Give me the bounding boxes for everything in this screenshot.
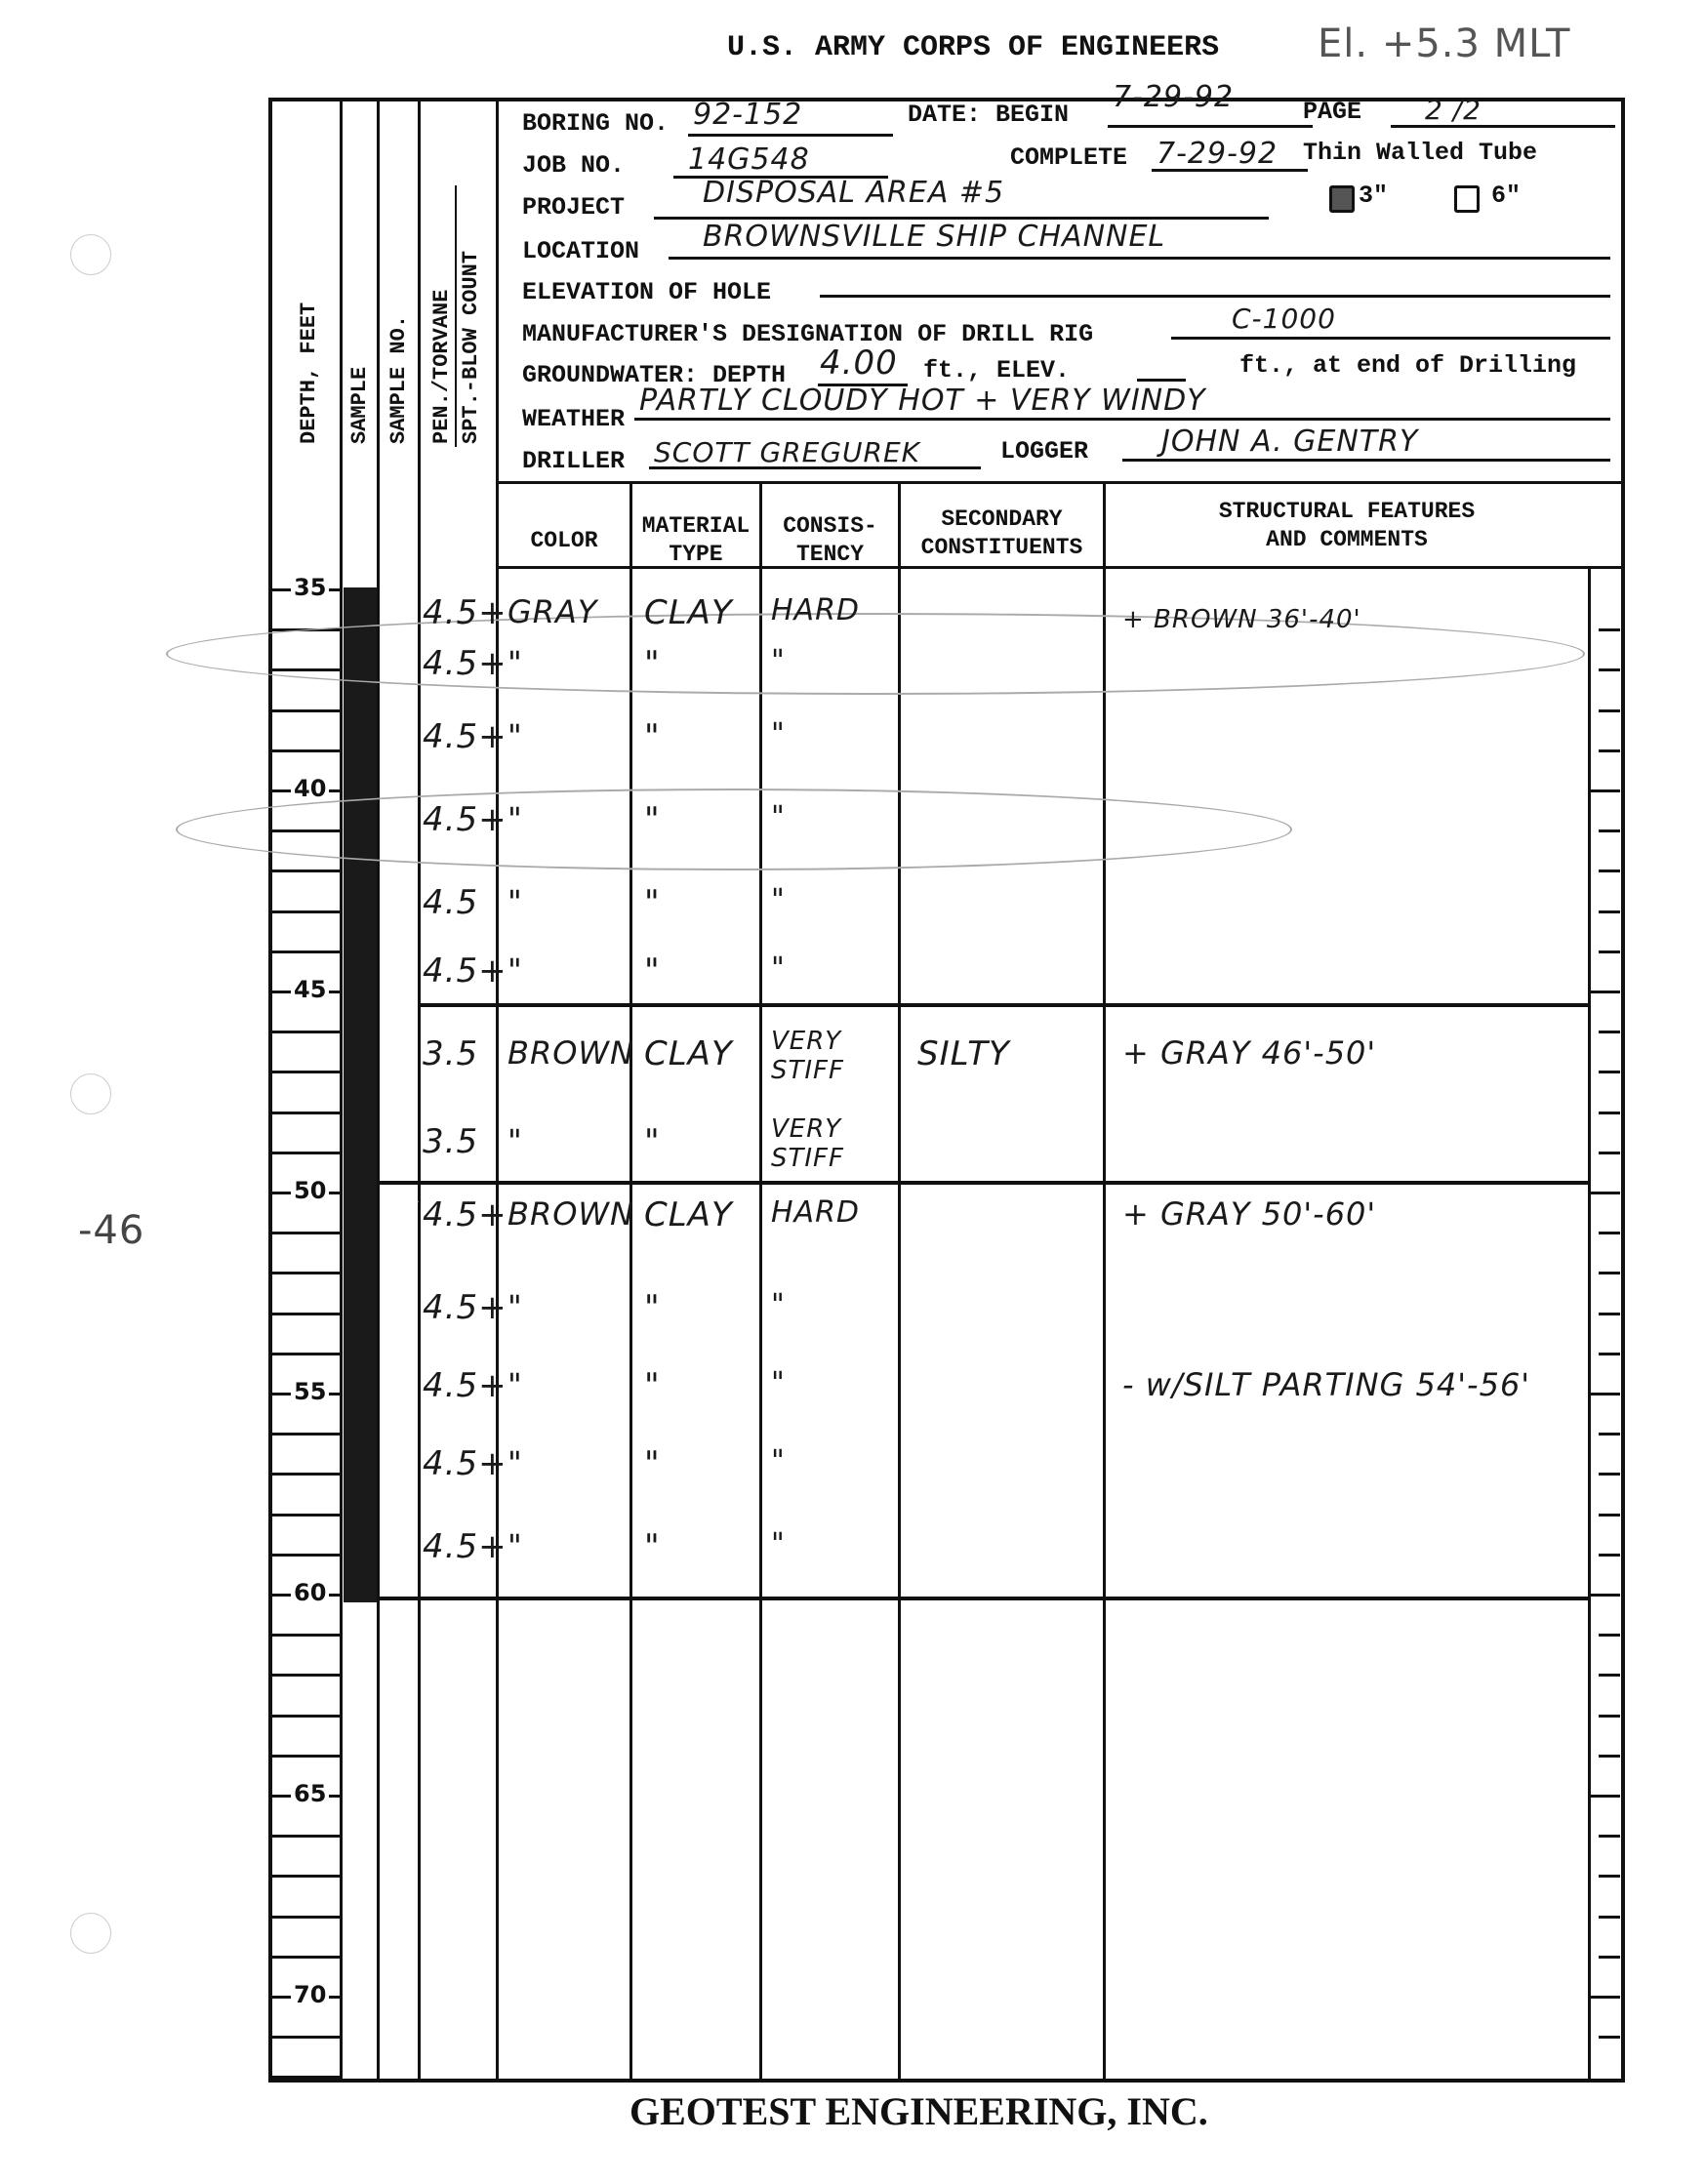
elevation-label: ELEVATION OF HOLE <box>522 278 771 306</box>
ruler-tick <box>1591 1795 1620 1798</box>
sample-no-cell: 27 <box>383 1195 420 1228</box>
pen-cell: 4.5+ <box>423 644 507 683</box>
material-cell: CLAY <box>644 1195 733 1234</box>
col-color-header: COLOR <box>499 527 629 555</box>
sample-no-cell: 24 <box>383 951 420 984</box>
consistency-cell: " <box>771 1527 786 1561</box>
ruler-tick <box>1599 1634 1620 1637</box>
ruler-tick <box>1599 1071 1620 1073</box>
pen-cell: 4.5+ <box>423 1288 507 1327</box>
ruler-tick <box>1599 1353 1620 1355</box>
footer-company: GEOTEST ENGINEERING, INC. <box>629 2088 1208 2134</box>
depth-tick <box>271 1353 340 1355</box>
ruler-tick <box>1599 1473 1620 1476</box>
layer-boundary <box>421 1003 1588 1007</box>
sample-no-cell: 22 <box>383 800 420 832</box>
driller-label: DRILLER <box>522 447 625 475</box>
ruler-tick <box>1599 709 1620 712</box>
sample-bar <box>344 587 377 1602</box>
material-cell: " <box>644 1444 661 1483</box>
depth-tick <box>271 1433 340 1436</box>
depth-tick <box>271 749 340 752</box>
sample-no-cell: 21 <box>383 717 420 749</box>
complete-label: COMPLETE <box>1010 143 1127 172</box>
ruler-tick <box>1599 628 1620 631</box>
depth-label: 40 <box>291 775 329 802</box>
depth-tick <box>271 910 340 913</box>
material-cell: " <box>644 800 661 839</box>
consistency-cell: " <box>771 717 786 751</box>
sample-no-cell: 19 <box>383 593 420 626</box>
logger-field[interactable]: JOHN A. GENTRY <box>1161 425 1418 459</box>
depth-label: 65 <box>291 1780 329 1807</box>
col-secondary-header-2: CONSTITUENTS <box>901 534 1103 562</box>
material-cell: CLAY <box>644 593 733 632</box>
depth-tick <box>271 709 340 712</box>
ruler-tick <box>1599 950 1620 953</box>
ruler-tick <box>1599 1835 1620 1838</box>
driller-field[interactable]: SCOTT GREGUREK <box>654 436 920 468</box>
depth-tick <box>271 950 340 953</box>
color-cell: " <box>507 1444 523 1481</box>
drill-rig-field[interactable]: C-1000 <box>1232 303 1336 335</box>
ruler-tick <box>1599 1715 1620 1718</box>
color-cell: " <box>507 1527 523 1564</box>
elevation-note: El. +5.3 MLT <box>1318 21 1570 66</box>
depth-tick <box>271 1031 340 1033</box>
page-field[interactable]: 2 /2 <box>1425 94 1482 126</box>
col-structural-header-2: AND COMMENTS <box>1106 526 1588 554</box>
material-cell: " <box>644 883 661 922</box>
tube-6in-label: 6" <box>1491 182 1521 210</box>
col-sample-label: SAMPLE <box>347 367 372 444</box>
punch-hole <box>70 1073 111 1114</box>
weather-label: WEATHER <box>522 405 625 433</box>
consistency-cell: " <box>771 883 786 917</box>
depth-tick <box>271 1835 340 1838</box>
consistency-cell: HARD <box>771 1195 860 1230</box>
material-cell: CLAY <box>644 1034 733 1073</box>
material-cell: " <box>644 951 661 991</box>
depth-tick <box>271 1232 340 1234</box>
pen-cell: 4.5 <box>423 883 478 922</box>
ruler-tick <box>1591 1996 1620 1999</box>
sample-no-cell: 29 <box>383 1366 420 1398</box>
ruler-tick <box>1599 1554 1620 1557</box>
job-no-label: JOB NO. <box>522 151 625 180</box>
sample-no-cell: 23 <box>383 883 420 915</box>
pen-cell: 4.5+ <box>423 1366 507 1405</box>
color-cell: " <box>507 1366 523 1403</box>
pen-cell: 4.5+ <box>423 1527 507 1566</box>
boring-no-field[interactable]: 92-152 <box>693 98 802 132</box>
depth-tick <box>271 1956 340 1959</box>
tube-3in-checkbox[interactable] <box>1329 185 1355 213</box>
ruler-tick <box>1599 1272 1620 1274</box>
ruler-tick <box>1599 1313 1620 1315</box>
consistency-cell: " <box>771 1288 786 1322</box>
ruler-tick <box>1591 789 1620 792</box>
pen-cell: 4.5+ <box>423 800 507 839</box>
material-cell: " <box>644 1527 661 1566</box>
pen-cell: 3.5 <box>423 1034 478 1073</box>
consistency-cell: " <box>771 951 786 986</box>
consistency-cell: " <box>771 1444 786 1478</box>
tube-label: Thin Walled Tube <box>1303 139 1537 167</box>
boring-no-label: BORING NO. <box>522 109 669 138</box>
sample-no-cell: 30 <box>383 1444 420 1476</box>
consistency-cell: HARD <box>771 593 860 627</box>
ruler-tick <box>1599 668 1620 671</box>
ruler-tick <box>1599 1433 1620 1436</box>
ruler-tick <box>1599 910 1620 913</box>
depth-tick <box>271 870 340 872</box>
consistency-cell: " <box>771 1366 786 1400</box>
sample-no-cell: 26 <box>383 1122 420 1154</box>
depth-label: 50 <box>291 1177 329 1204</box>
depth-tick <box>271 2036 340 2039</box>
ruler-tick <box>1599 1875 1620 1878</box>
tube-6in-checkbox[interactable] <box>1454 185 1480 213</box>
ruler-tick <box>1599 1232 1620 1234</box>
punch-hole <box>70 234 111 275</box>
col-material-header-2: TYPE <box>632 541 759 569</box>
ruler-tick <box>1599 870 1620 872</box>
consistency-cell: VERY STIFF <box>771 1114 888 1173</box>
ruler-tick <box>1591 1594 1620 1597</box>
drill-rig-label: MANUFACTURER'S DESIGNATION OF DRILL RIG <box>522 320 1093 348</box>
color-cell: " <box>507 800 523 837</box>
depth-tick <box>271 1715 340 1718</box>
col-spt-label: SPT.-BLOW COUNT <box>459 251 483 444</box>
col-consistency-header-2: TENCY <box>762 541 898 569</box>
job-no-field[interactable]: 14G548 <box>688 142 810 177</box>
material-cell: " <box>644 644 661 683</box>
depth-label: 45 <box>291 976 329 1003</box>
comment-cell: + BROWN 36'-40' <box>1122 605 1361 634</box>
depth-label: 60 <box>291 1579 329 1606</box>
col-consistency-header: CONSIS- <box>762 512 898 541</box>
depth-tick <box>271 1112 340 1114</box>
material-cell: " <box>644 1288 661 1327</box>
comment-cell: + GRAY 50'-60' <box>1122 1195 1376 1233</box>
logger-label: LOGGER <box>1000 437 1088 465</box>
ruler-tick <box>1599 1112 1620 1114</box>
depth-tick <box>271 1916 340 1919</box>
project-field[interactable]: DISPOSAL AREA #5 <box>703 176 1004 210</box>
material-cell: " <box>644 717 661 756</box>
consistency-cell: " <box>771 644 786 678</box>
comment-cell: - w/SILT PARTING 54'-56' <box>1122 1366 1530 1403</box>
sample-no-cell: 20 <box>383 644 420 676</box>
pen-cell: 4.5+ <box>423 717 507 756</box>
layer-boundary <box>377 1597 1588 1600</box>
location-label: LOCATION <box>522 237 639 265</box>
ruler-tick <box>1599 2036 1620 2039</box>
color-cell: GRAY <box>507 593 597 630</box>
col-sample-no-label: SAMPLE NO. <box>386 315 411 444</box>
page-label: PAGE <box>1303 98 1361 126</box>
col-material-header: MATERIAL <box>632 512 759 541</box>
col-pen-label: PEN./TORVANE <box>429 290 454 444</box>
sample-no-cell: 31 <box>383 1527 420 1559</box>
consistency-cell: " <box>771 800 786 834</box>
comment-cell: + GRAY 46'-50' <box>1122 1034 1376 1072</box>
color-cell: " <box>507 717 523 754</box>
depth-label: 35 <box>291 574 329 601</box>
ruler-tick <box>1599 1755 1620 1758</box>
depth-tick <box>271 1071 340 1073</box>
ruler-tick <box>1599 1956 1620 1959</box>
color-cell: " <box>507 1122 523 1159</box>
ruler-tick <box>1599 1514 1620 1517</box>
ruler-tick <box>1591 1192 1620 1194</box>
color-cell: " <box>507 951 523 989</box>
col-depth-label: DEPTH, FEET <box>297 303 321 444</box>
margin-note: -46 <box>78 1208 144 1253</box>
groundwater-suffix: ft., at end of Drilling <box>1239 351 1576 380</box>
ruler-tick <box>1599 749 1620 752</box>
pen-cell: 4.5+ <box>423 1444 507 1483</box>
depth-label: 55 <box>291 1378 329 1405</box>
ruler-tick <box>1599 1674 1620 1677</box>
depth-tick <box>271 1554 340 1557</box>
depth-tick <box>271 1514 340 1517</box>
ruler-tick <box>1599 1916 1620 1919</box>
depth-tick <box>271 1152 340 1154</box>
layer-boundary <box>377 1181 1588 1185</box>
consistency-cell: VERY STIFF <box>771 1027 888 1085</box>
ruler-tick <box>1599 829 1620 832</box>
agency-title: U.S. ARMY CORPS OF ENGINEERS <box>727 31 1219 64</box>
depth-tick <box>271 2076 340 2079</box>
secondary-cell: SILTY <box>917 1034 1010 1073</box>
project-label: PROJECT <box>522 193 625 222</box>
depth-tick <box>271 1755 340 1758</box>
date-begin-field[interactable]: 7-29-92 <box>1113 80 1234 114</box>
complete-field[interactable]: 7-29-92 <box>1157 137 1278 171</box>
depth-tick <box>271 1634 340 1637</box>
pencil-oval <box>176 789 1292 870</box>
color-cell: BROWN <box>507 1195 634 1233</box>
groundwater-elev-label: ft., ELEV. <box>923 356 1070 384</box>
depth-label: 70 <box>291 1981 329 2008</box>
depth-tick <box>271 1473 340 1476</box>
sample-no-cell: 25 <box>383 1034 420 1067</box>
pen-cell: 3.5 <box>423 1122 478 1161</box>
ruler-tick <box>1599 1152 1620 1154</box>
location-field[interactable]: BROWNSVILLE SHIP CHANNEL <box>703 220 1165 254</box>
ruler-tick <box>1591 991 1620 993</box>
col-secondary-header: SECONDARY <box>901 506 1103 534</box>
groundwater-depth-field[interactable]: 4.00 <box>820 344 898 383</box>
pencil-oval <box>166 613 1585 695</box>
color-cell: " <box>507 644 523 681</box>
depth-tick <box>271 1313 340 1315</box>
pen-cell: 4.5+ <box>423 593 507 632</box>
ruler-tick <box>1591 1393 1620 1395</box>
pen-cell: 4.5+ <box>423 1195 507 1234</box>
tube-3in-label: 3" <box>1359 182 1388 210</box>
material-cell: " <box>644 1122 661 1161</box>
depth-tick <box>271 1875 340 1878</box>
color-cell: " <box>507 883 523 920</box>
date-begin-label: DATE: BEGIN <box>908 101 1069 129</box>
pen-cell: 4.5+ <box>423 951 507 991</box>
punch-hole <box>70 1913 111 1954</box>
col-structural-header: STRUCTURAL FEATURES <box>1106 498 1588 526</box>
material-cell: " <box>644 1366 661 1405</box>
sample-no-cell: 28 <box>383 1288 420 1320</box>
color-cell: BROWN <box>507 1034 634 1072</box>
ruler-tick <box>1599 1031 1620 1033</box>
depth-tick <box>271 1674 340 1677</box>
depth-tick <box>271 1272 340 1274</box>
weather-field[interactable]: PARTLY CLOUDY HOT + VERY WINDY <box>639 384 1206 418</box>
color-cell: " <box>507 1288 523 1325</box>
